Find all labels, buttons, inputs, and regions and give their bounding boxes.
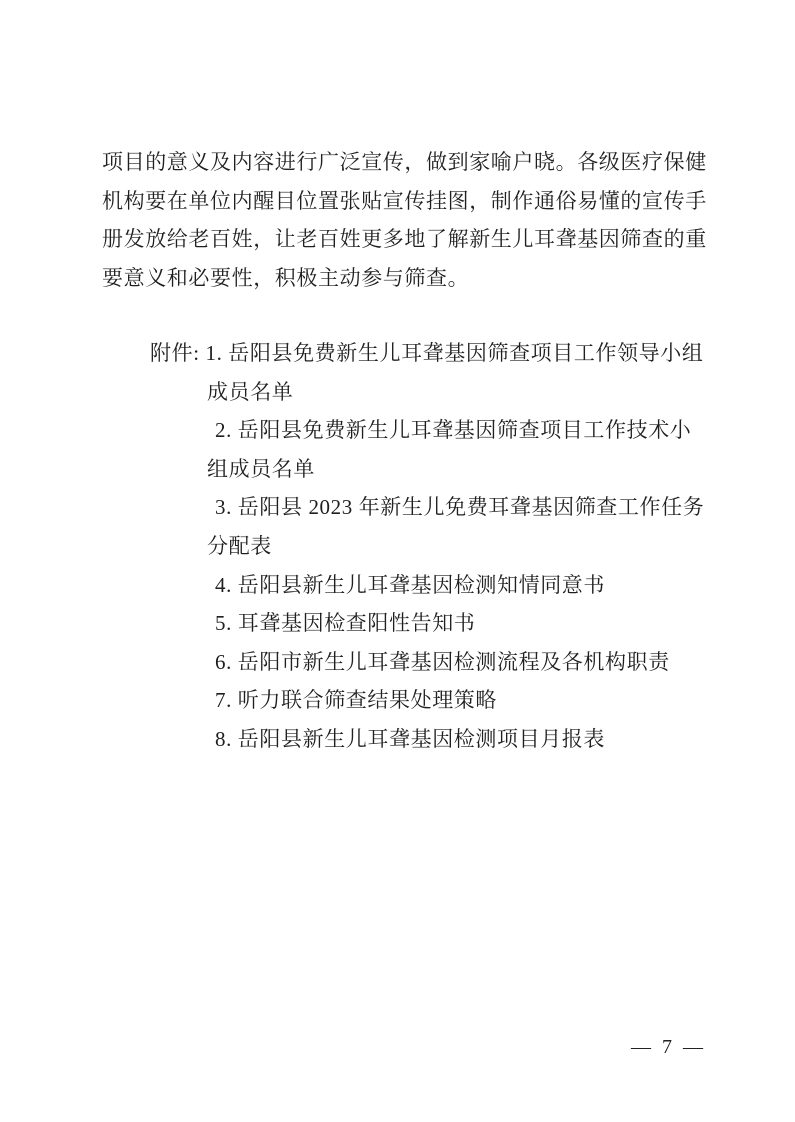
attachment-line: 6. 岳阳市新生儿耳聋基因检测流程及各机构职责 — [0, 643, 795, 682]
body-paragraph: 项目的意义及内容进行广泛宣传，做到家喻户晓。各级医疗保健机构要在单位内醒目位置张… — [102, 143, 722, 297]
body-line: 要意义和必要性，积极主动参与筛查。 — [102, 259, 722, 298]
attachment-line: 3. 岳阳县 2023 年新生儿免费耳聋基因筛查工作任务 — [0, 488, 795, 527]
attachment-line: 组成员名单 — [0, 450, 795, 489]
attachment-line: 成员名单 — [0, 373, 795, 412]
attachment-line: 2. 岳阳县免费新生儿耳聋基因筛查项目工作技术小 — [0, 411, 795, 450]
attachment-line: 附件: 1. 岳阳县免费新生儿耳聋基因筛查项目工作领导小组 — [0, 334, 795, 373]
attachment-list: 附件: 1. 岳阳县免费新生儿耳聋基因筛查项目工作领导小组成员名单2. 岳阳县免… — [0, 334, 795, 759]
attachment-line: 8. 岳阳县新生儿耳聋基因检测项目月报表 — [0, 720, 795, 759]
attachment-line: 7. 听力联合筛查结果处理策略 — [0, 681, 795, 720]
document-page: 项目的意义及内容进行广泛宣传，做到家喻户晓。各级医疗保健机构要在单位内醒目位置张… — [0, 0, 795, 1122]
page-number: — 7 — — [631, 1036, 706, 1059]
attachment-line: 5. 耳聋基因检查阳性告知书 — [0, 604, 795, 643]
body-line: 项目的意义及内容进行广泛宣传，做到家喻户晓。各级医疗保健 — [102, 143, 722, 182]
body-line: 机构要在单位内醒目位置张贴宣传挂图，制作通俗易懂的宣传手 — [102, 182, 722, 221]
body-line: 册发放给老百姓，让老百姓更多地了解新生儿耳聋基因筛查的重 — [102, 220, 722, 259]
attachment-line: 4. 岳阳县新生儿耳聋基因检测知情同意书 — [0, 566, 795, 605]
attachment-line: 分配表 — [0, 527, 795, 566]
